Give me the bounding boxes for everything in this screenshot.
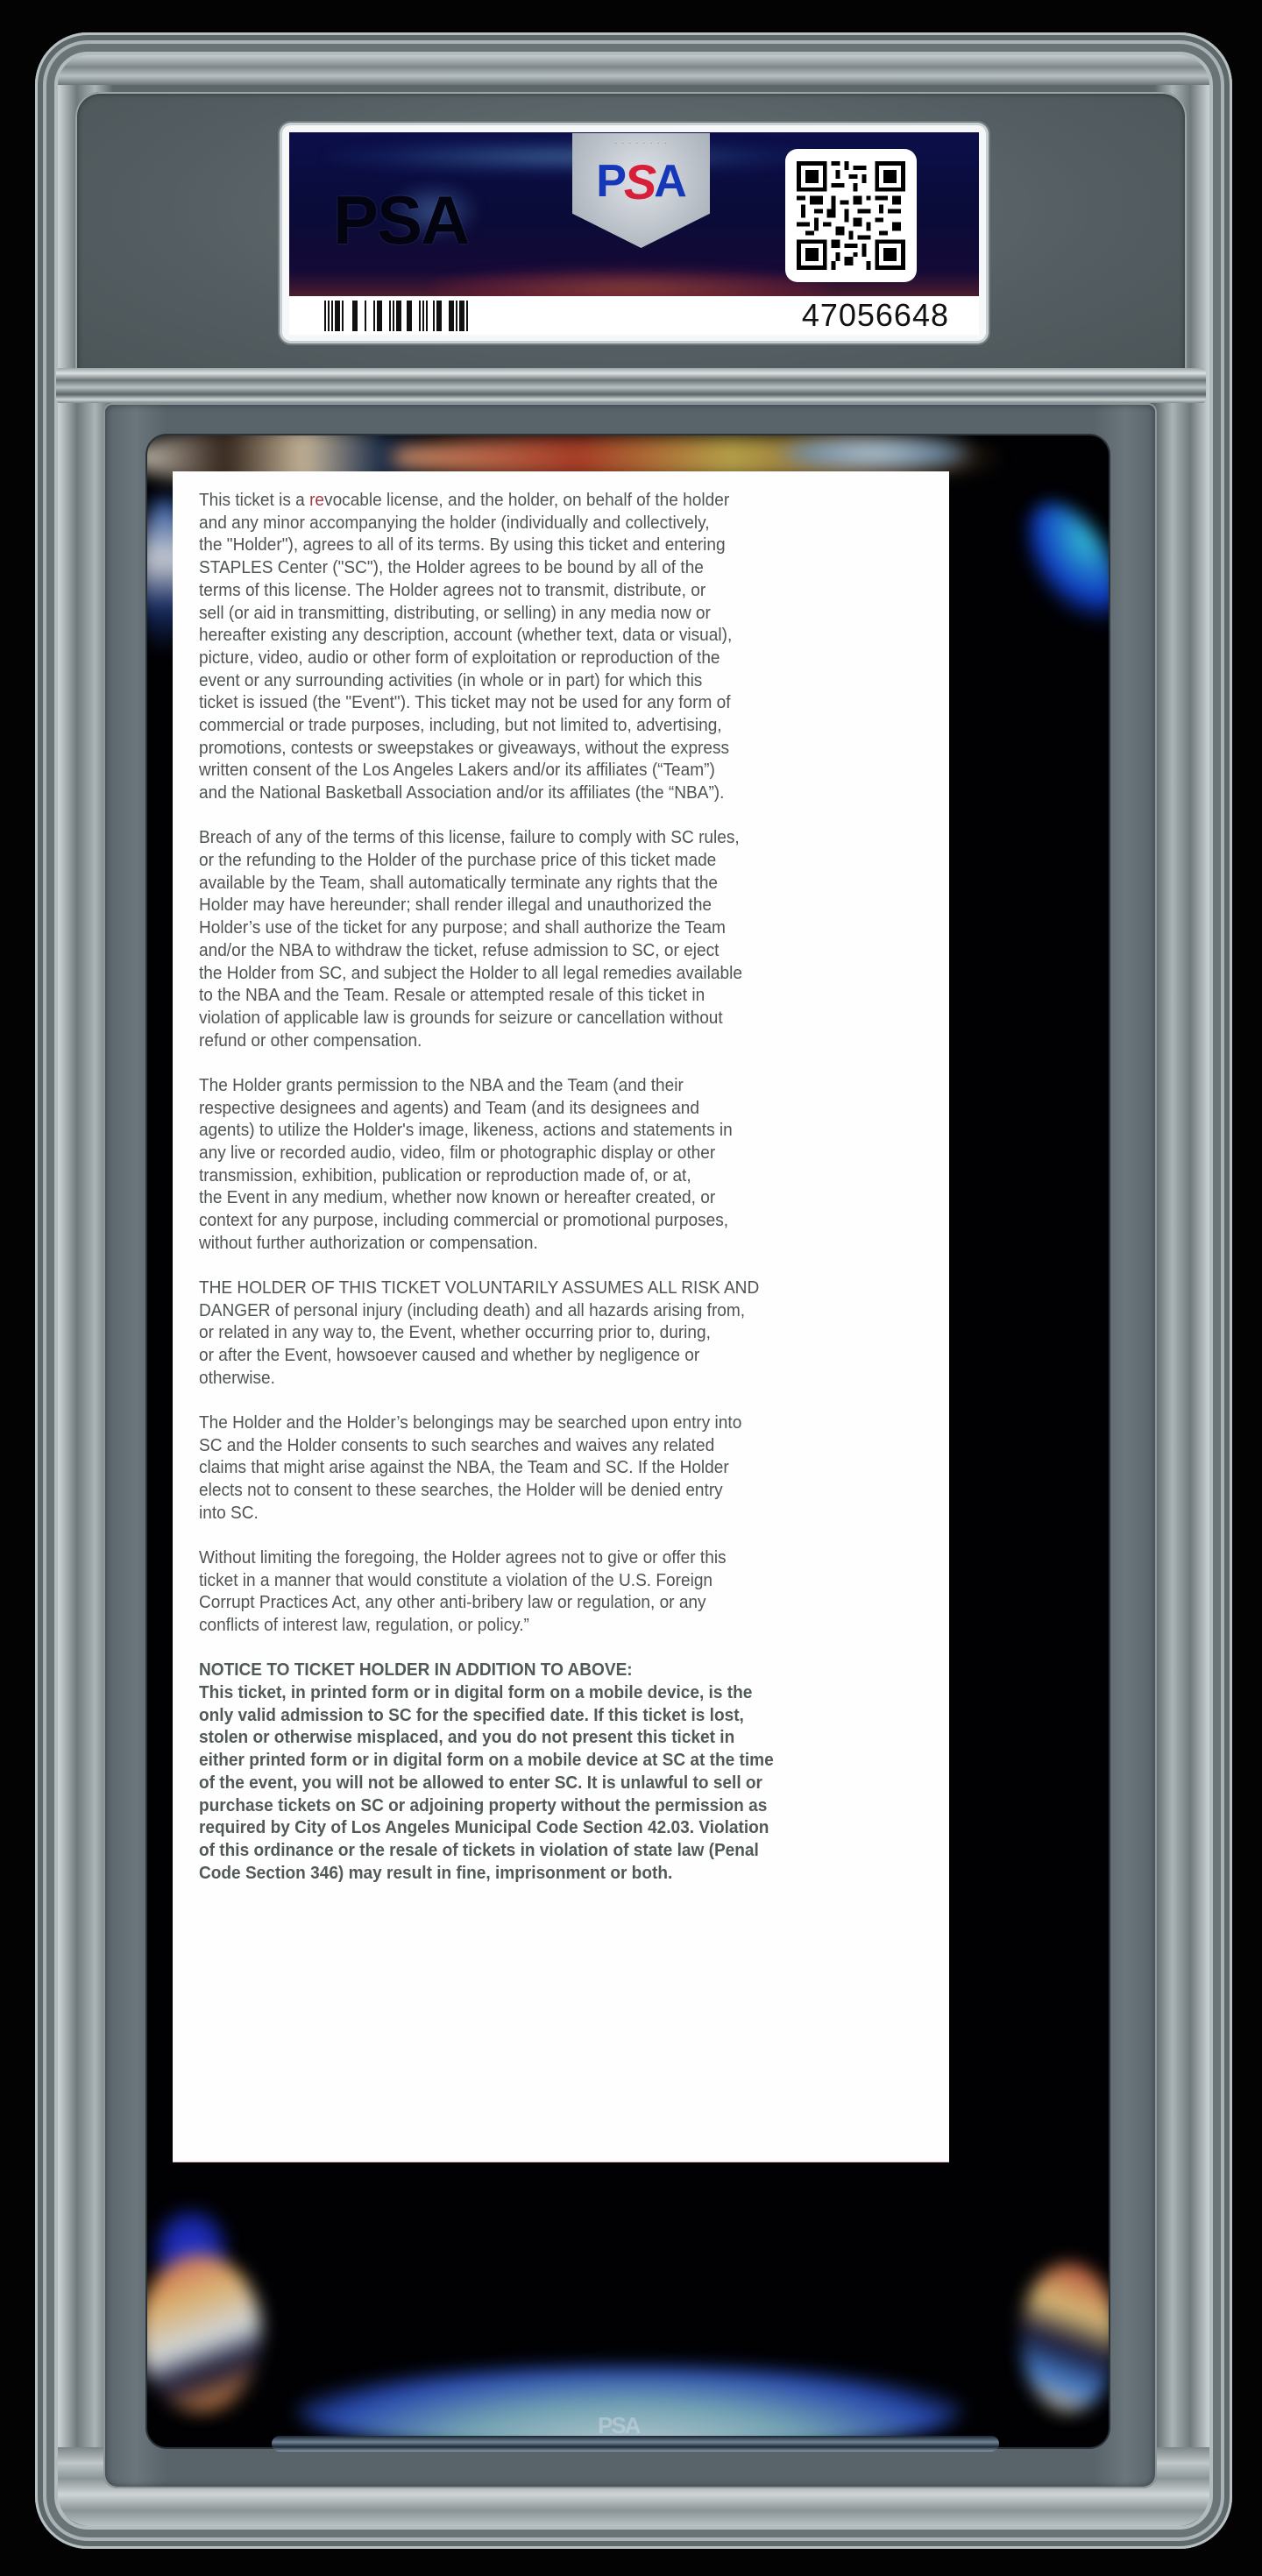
license-lead-red: re <box>309 490 324 510</box>
label-hologram: PSA · · · · · · · · P S A <box>289 132 979 296</box>
terms-paragraph-risk: THE HOLDER OF THIS TICKET VOLUNTARILY AS… <box>199 1277 868 1390</box>
notice-body: This ticket, in printed form or in digit… <box>199 1681 868 1884</box>
psa-logo-s: S <box>624 153 656 210</box>
cert-number: 47056648 <box>802 296 949 335</box>
label-barcode-strip: 47056648 <box>289 296 979 335</box>
qr-code-icon[interactable] <box>785 149 917 282</box>
terms-paragraph-anti-bribery: Without limiting the foregoing, the Hold… <box>199 1546 868 1637</box>
psa-ghost-logo: PSA <box>333 180 468 260</box>
terms-paragraph-breach: Breach of any of the terms of this licen… <box>199 826 868 1051</box>
glare-reflection <box>1021 2263 1109 2412</box>
slab-top-edge <box>58 55 1209 85</box>
terms-paragraph-license: This ticket is a revocable license, and … <box>199 489 868 804</box>
hologram-shine <box>324 139 815 174</box>
terms-paragraph-likeness: The Holder grants permission to the NBA … <box>199 1074 868 1255</box>
psa-logo: P S A <box>581 159 701 203</box>
terms-paragraph-search: The Holder and the Holder’s belongings m… <box>199 1412 868 1525</box>
psa-logo-a: A <box>654 155 686 208</box>
license-text: vocable license, and the holder, on beha… <box>199 490 732 803</box>
notice-section: NOTICE TO TICKET HOLDER IN ADDITION TO A… <box>199 1659 868 1884</box>
psa-logo-p: P <box>596 155 626 208</box>
psa-shield-icon: · · · · · · · · P S A <box>572 133 710 248</box>
hologram-shine <box>429 268 833 296</box>
shield-microtext: · · · · · · · · <box>572 138 710 148</box>
qr-code-graphic <box>797 160 905 271</box>
barcode-icon[interactable] <box>324 301 470 331</box>
psa-emboss-logo: PSA <box>598 2414 631 2466</box>
license-lead: This ticket is a <box>199 490 309 510</box>
notice-heading: NOTICE TO TICKET HOLDER IN ADDITION TO A… <box>199 1659 868 1681</box>
ticket-back: This ticket is a revocable license, and … <box>173 471 949 2162</box>
glare-reflection <box>778 435 971 471</box>
slab-divider-rail <box>56 368 1206 403</box>
psa-label: PSA · · · · · · · · P S A <box>282 125 986 341</box>
psa-slab-scan: PSA PSA · · · · · · · · P S A <box>0 0 1262 2576</box>
glare-reflection <box>147 2254 261 2412</box>
glare-reflection <box>1010 488 1109 637</box>
ticket-terms: This ticket is a revocable license, and … <box>199 489 868 1884</box>
